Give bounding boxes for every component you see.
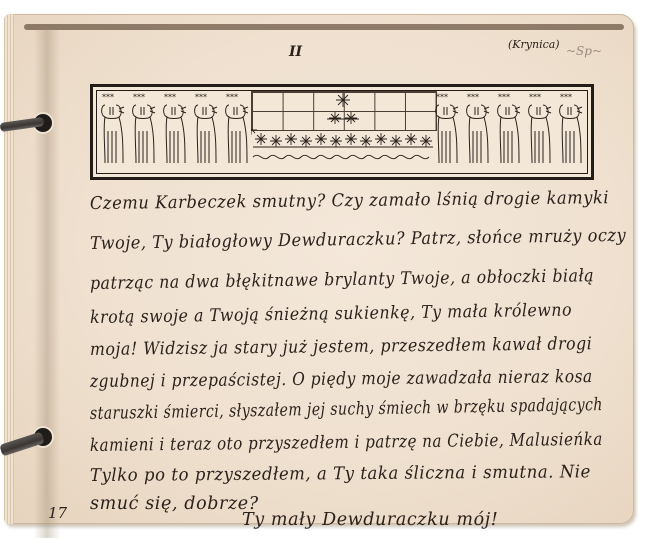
stylized-figure-icon: *** [495, 91, 523, 167]
chapter-numeral: II [289, 44, 302, 60]
text-line: patrząc na dwa błękitnawe brylanty Twoje… [90, 266, 594, 294]
text-line: kamieni i teraz oto przyszedłem i patrzę… [90, 430, 603, 456]
stylized-figure-icon: *** [130, 91, 158, 167]
figure-row-left: *** *** *** *** *** [99, 91, 251, 167]
stylized-figure-icon: *** [192, 91, 220, 167]
text-line: krotą swoje a Twoją śnieżną sukienkę, Ty… [90, 301, 572, 328]
svg-text:***: *** [195, 93, 207, 102]
binding-ring-top [4, 118, 52, 132]
svg-text:***: *** [529, 93, 541, 102]
svg-text:***: *** [102, 93, 114, 102]
page-crease [34, 28, 60, 538]
svg-text:***: *** [467, 93, 479, 102]
svg-text:***: *** [164, 93, 176, 102]
svg-text:***: *** [436, 93, 448, 102]
text-line: Czemu Karbeczek smutny? Czy zamało lśnią… [90, 188, 609, 214]
figure-row-right: *** *** *** *** *** [433, 91, 585, 167]
stylized-figure-icon: *** [161, 91, 189, 167]
svg-text:***: *** [498, 93, 510, 102]
stylized-figure-icon: *** [464, 91, 492, 167]
manuscript-page: II (Krynica) ~Sp~ *** *** *** *** *** [4, 14, 634, 524]
text-line-closing: Ty mały Dewduraczku mój! [242, 510, 498, 530]
svg-text:***: *** [133, 93, 145, 102]
flower-pyramid-icon [323, 91, 363, 131]
stylized-figure-icon: *** [99, 91, 127, 167]
text-line: zgubnej i przepaścistej. O piędy moje za… [90, 367, 593, 392]
flower-border [251, 129, 435, 167]
location-note: (Krynica) [508, 38, 560, 51]
text-line: Twoje, Ty białogłowy Dewduraczku? Patrz,… [90, 226, 626, 254]
binding-top-edge [24, 24, 624, 30]
text-line: Tylko po to przyszedłem, a Ty taka ślicz… [90, 462, 591, 486]
page-number: 17 [48, 504, 67, 522]
faint-annotation: ~Sp~ [566, 44, 602, 58]
stylized-figure-icon: *** [526, 91, 554, 167]
text-line: smuć się, dobrze? [90, 494, 259, 514]
stylized-figure-icon: *** [433, 91, 461, 167]
stylized-figure-icon: *** [223, 91, 251, 167]
svg-text:***: *** [560, 93, 572, 102]
stylized-figure-icon: *** [557, 91, 585, 167]
binding-ring-bottom [4, 432, 52, 446]
text-line: moja! Widzisz ja stary już jestem, przes… [90, 334, 593, 360]
text-line: staruszki śmierci, słyszałem jej suchy ś… [90, 395, 603, 424]
decorative-illustration: *** *** *** *** *** [90, 84, 594, 180]
svg-text:***: *** [226, 93, 238, 102]
